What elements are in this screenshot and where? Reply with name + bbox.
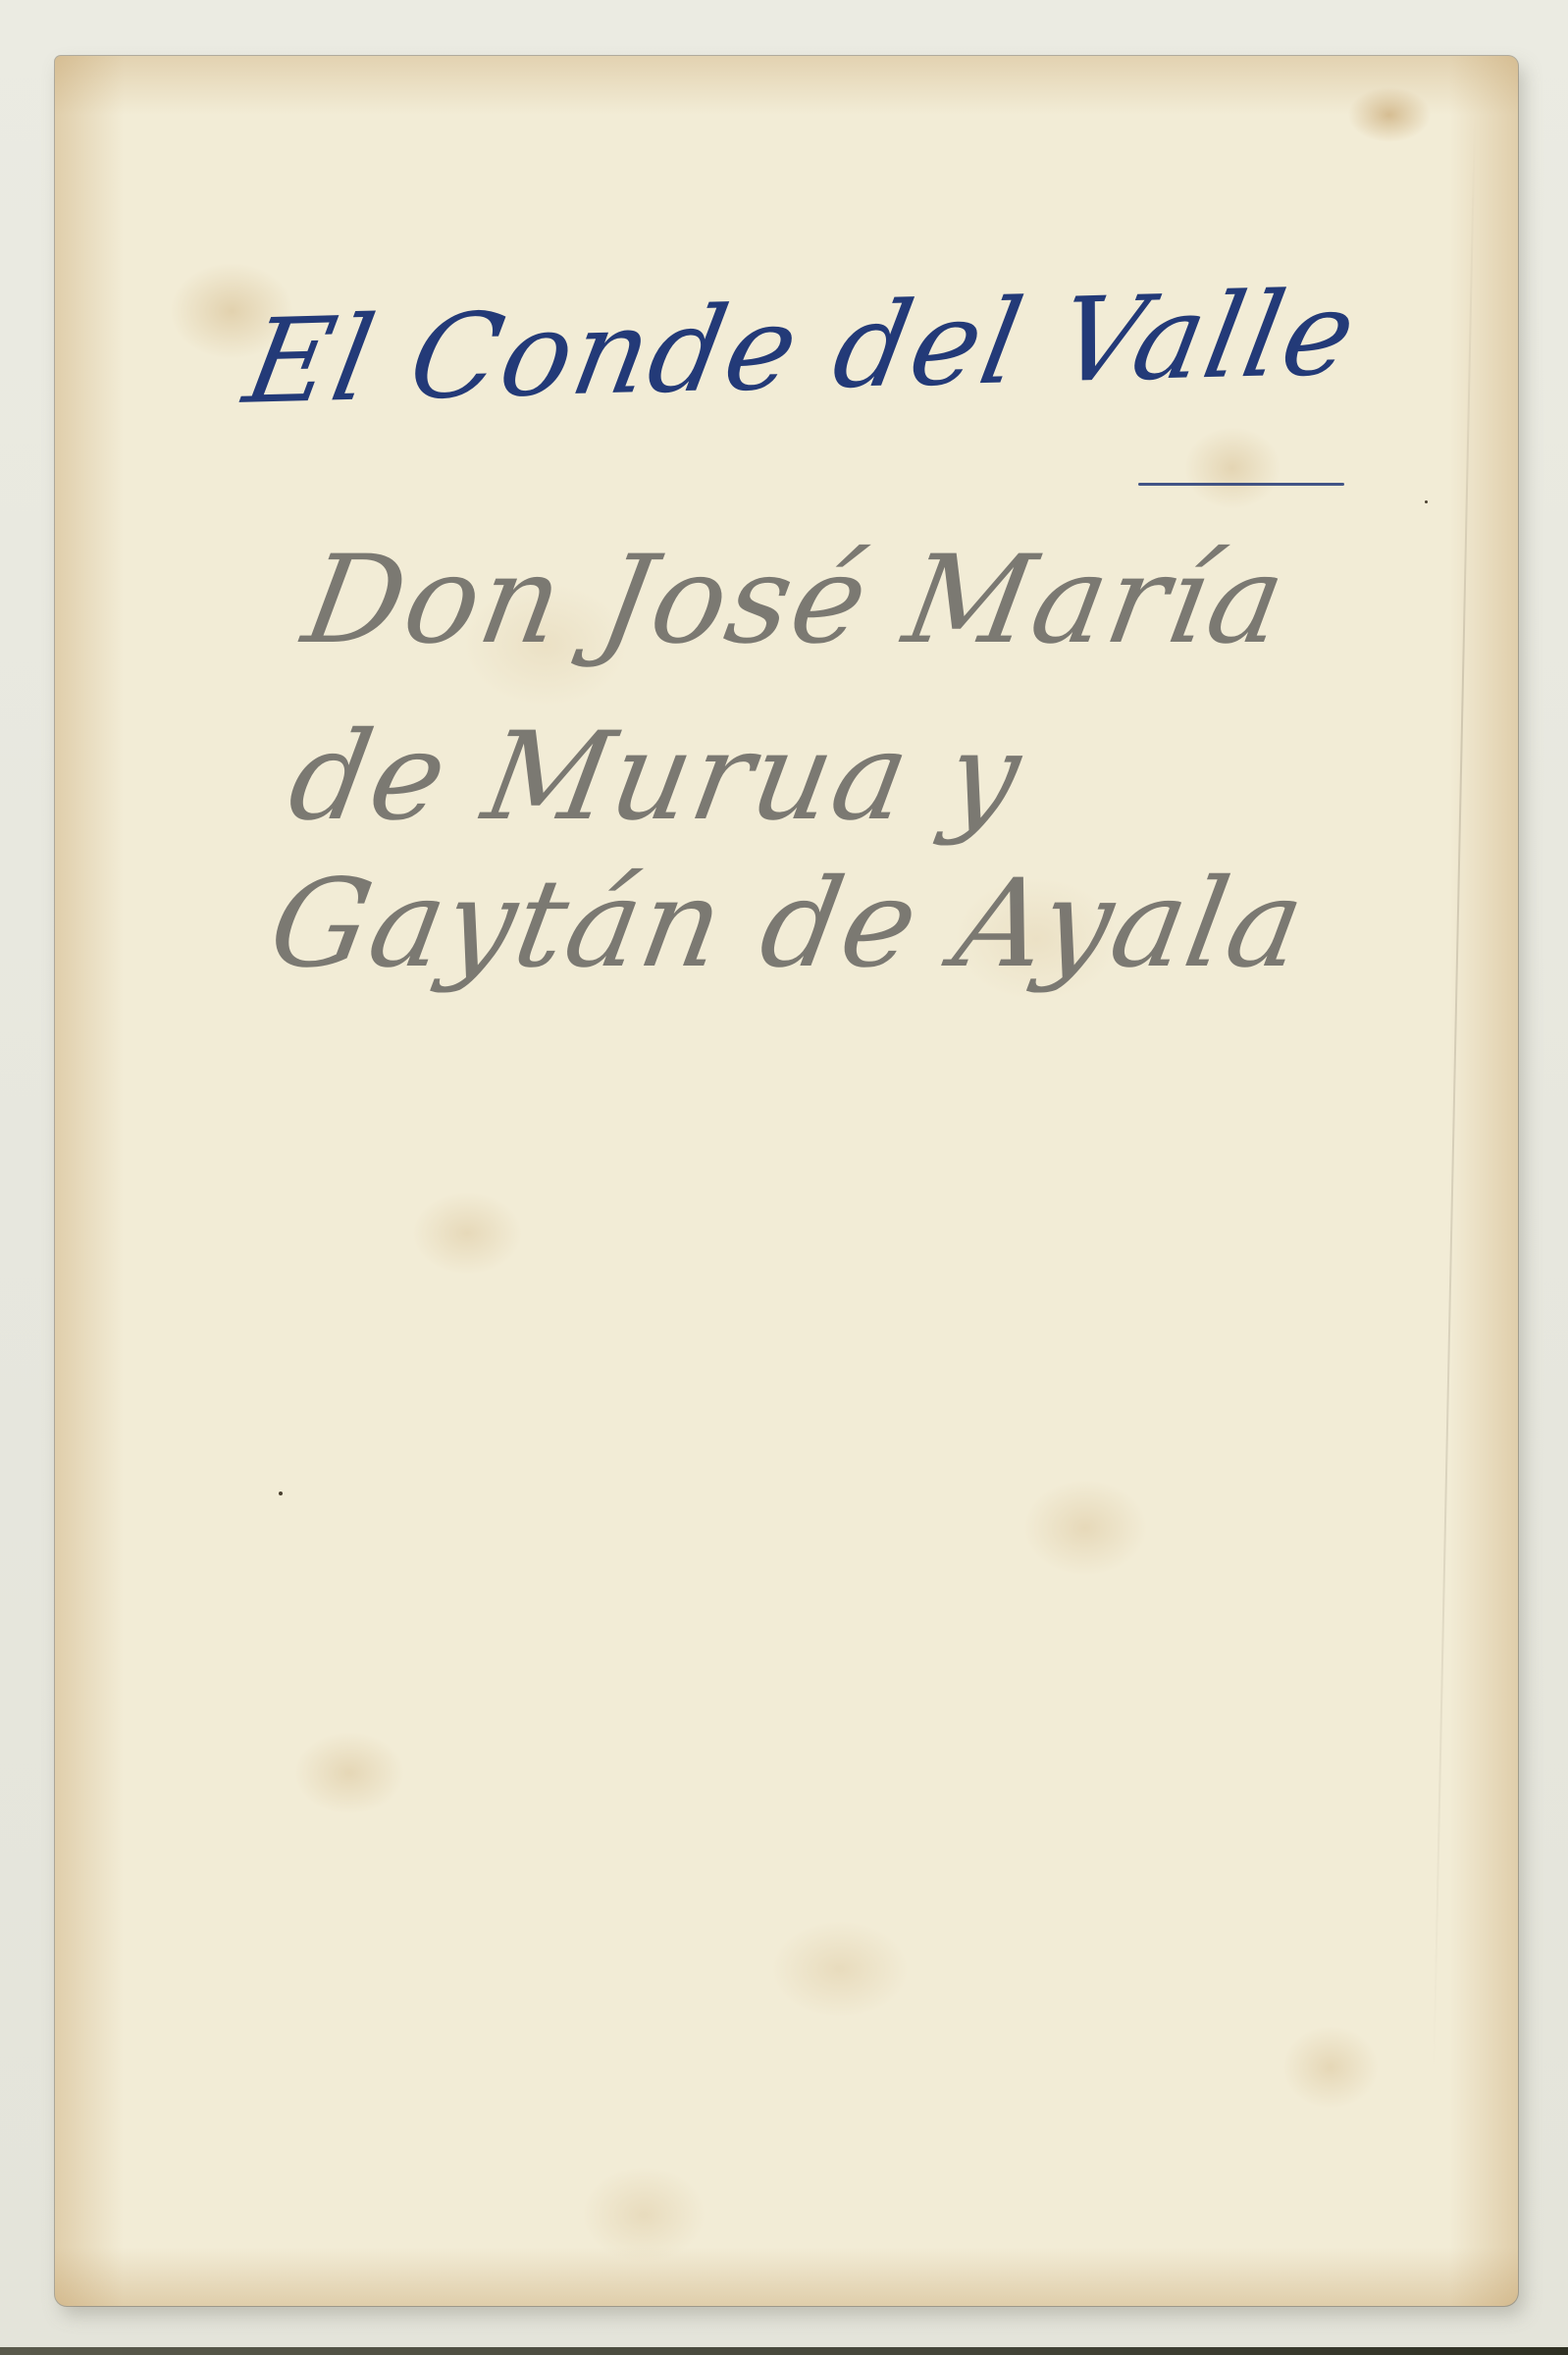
inscription-line-4: Gaytán de Ayala	[260, 854, 1316, 995]
paper-speck	[279, 1491, 283, 1495]
bottom-edge-strip	[0, 2347, 1568, 2355]
crease-line	[1433, 115, 1476, 2077]
ink-flourish	[1138, 483, 1344, 486]
paper-speck	[1425, 500, 1428, 503]
inscription-line-2: Don José María	[294, 530, 1296, 671]
inscription-line-3: de Murua y	[280, 706, 1032, 848]
